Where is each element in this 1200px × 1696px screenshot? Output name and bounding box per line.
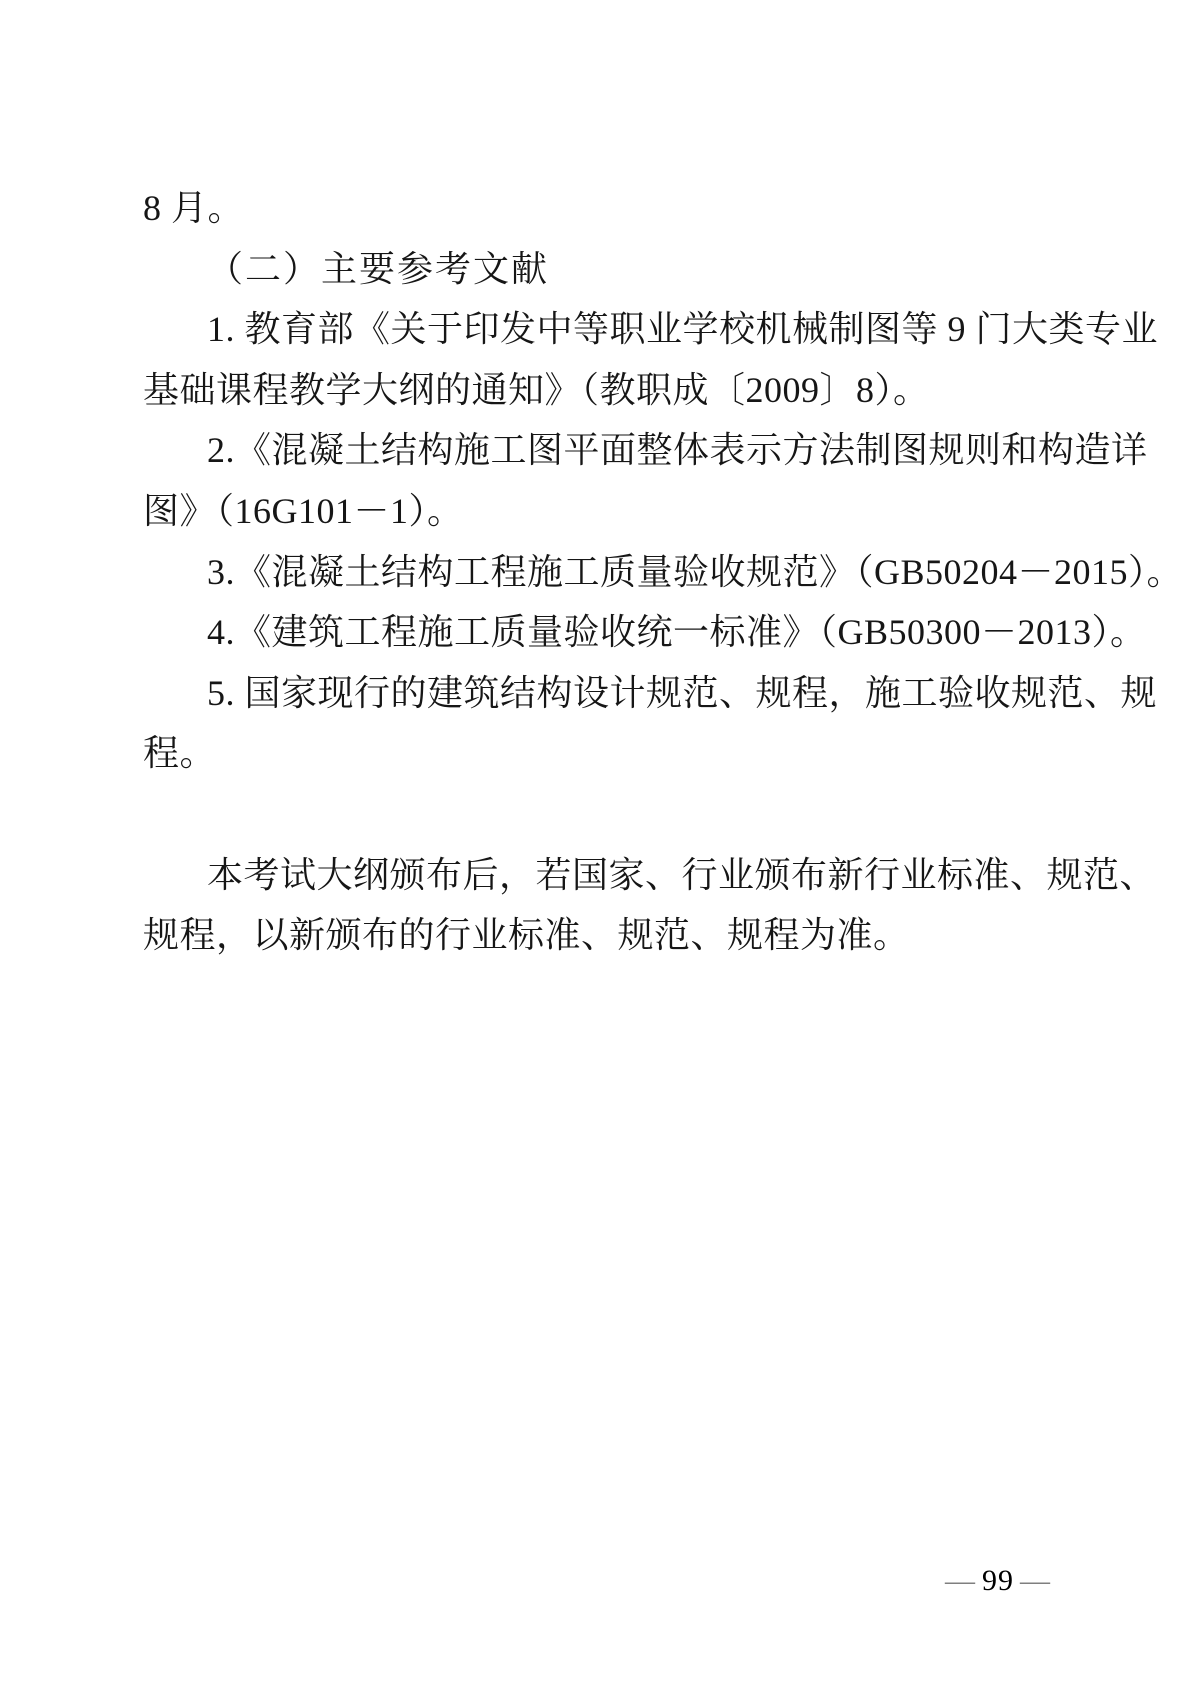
reference-item-2-line-2: 图》（16G101－1）。: [143, 481, 1057, 542]
reference-item-5-line-2: 程。: [143, 723, 1057, 784]
reference-item-5-line-1: 5. 国家现行的建筑结构设计规范、规程，施工验收规范、规: [143, 663, 1057, 724]
page-number-right-dash: —: [1014, 1564, 1057, 1597]
reference-item-1-line-2: 基础课程教学大纲的通知》（教职成〔2009〕8）。: [143, 360, 1057, 421]
page-number-value: 99: [982, 1564, 1014, 1597]
reference-item-3: 3.《混凝土结构工程施工质量验收规范》（GB50204－2015）。: [143, 542, 1057, 603]
text-line: 8 月。: [143, 178, 1057, 239]
reference-item-1-line-1: 1. 教育部《关于印发中等职业学校机械制图等 9 门大类专业: [143, 299, 1057, 360]
blank-line: [143, 784, 1057, 845]
document-page: 8 月。 （二）主要参考文献 1. 教育部《关于印发中等职业学校机械制图等 9 …: [0, 0, 1200, 1696]
closing-paragraph-line-1: 本考试大纲颁布后，若国家、行业颁布新行业标准、规范、: [143, 845, 1057, 906]
reference-item-4: 4.《建筑工程施工质量验收统一标准》（GB50300－2013）。: [143, 602, 1057, 663]
closing-paragraph-line-2: 规程，以新颁布的行业标准、规范、规程为准。: [143, 905, 1057, 966]
page-number-left-dash: —: [939, 1564, 982, 1597]
document-text-block: 8 月。 （二）主要参考文献 1. 教育部《关于印发中等职业学校机械制图等 9 …: [143, 178, 1057, 966]
section-heading: （二）主要参考文献: [143, 239, 1057, 300]
reference-item-2-line-1: 2.《混凝土结构施工图平面整体表示方法制图规则和构造详: [143, 420, 1057, 481]
page-number: —99—: [939, 1563, 1057, 1599]
